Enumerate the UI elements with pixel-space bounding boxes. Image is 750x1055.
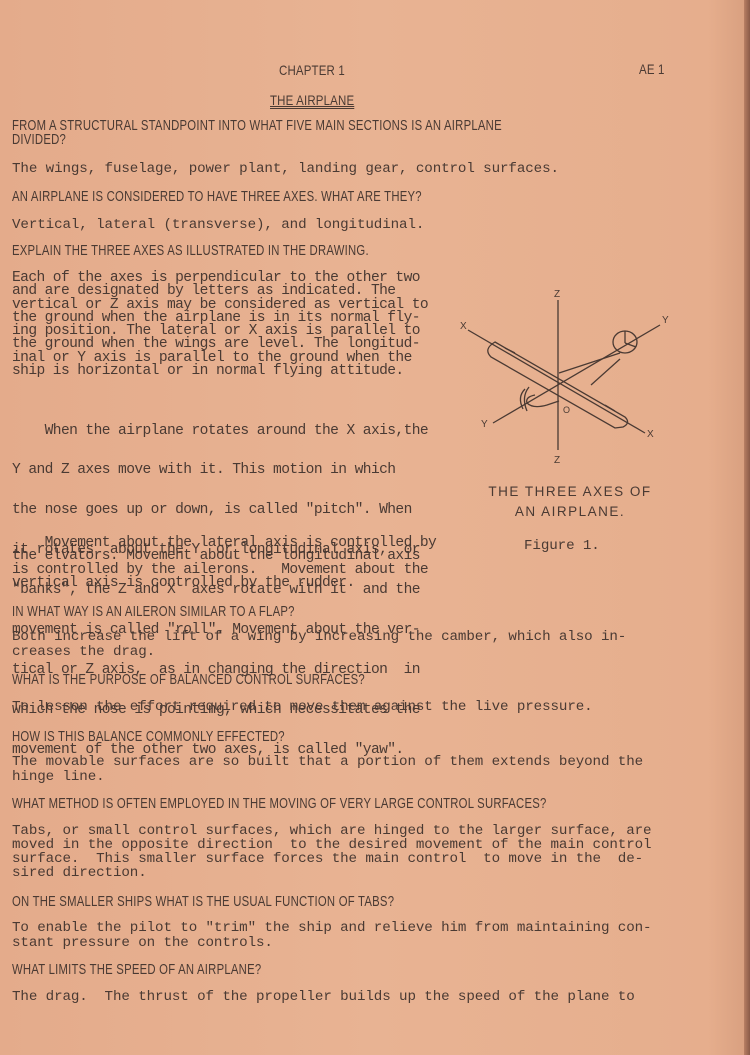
answer-8: To enable the pilot to "trim" the ship a…	[12, 921, 651, 951]
text-line: Tabs, or small control surfaces, which a…	[12, 824, 651, 838]
answer-7: Tabs, or small control surfaces, which a…	[12, 824, 651, 880]
question-6: HOW IS THIS BALANCE COMMONLY EFFECTED?	[12, 729, 285, 745]
three-axes-diagram: Z Z X X Y Y O	[455, 285, 695, 465]
caption-line: AN AIRPLANE.	[470, 502, 670, 522]
text-line: the nose goes up or down, is called "pit…	[12, 504, 428, 517]
text-line: To enable the pilot to "trim" the ship a…	[12, 921, 651, 936]
answer-6: The movable surfaces are so built that a…	[12, 755, 643, 785]
text-line: moved in the opposite direction to the d…	[12, 838, 651, 852]
answer-4: Both increase the lift of a wing by incr…	[12, 630, 626, 660]
text-line: surface. This smaller surface forces the…	[12, 852, 651, 866]
answer-1: The wings, fuselage, power plant, landin…	[12, 161, 559, 177]
text-line: Both increase the lift of a wing by incr…	[12, 630, 626, 645]
document-page: CHAPTER 1 AE 1 THE AIRPLANE FROM A STRUC…	[0, 0, 745, 1055]
axis-label-y-right: Y	[662, 315, 669, 326]
question-5: WHAT IS THE PURPOSE OF BALANCED CONTROL …	[12, 672, 365, 688]
text-line: The movable surfaces are so built that a…	[12, 755, 643, 770]
text-line: creases the drag.	[12, 645, 626, 660]
text-line: Y and Z axes move with it. This motion i…	[12, 464, 428, 477]
question-1-line-1: FROM A STRUCTURAL STANDPOINT INTO WHAT F…	[12, 118, 502, 134]
text-line: hinge line.	[12, 770, 643, 785]
text-line: When the airplane rotates around the X a…	[12, 425, 428, 438]
page-title: THE AIRPLANE	[270, 92, 354, 108]
text-line: vertical axis is controlled by the rudde…	[12, 577, 436, 590]
question-3: EXPLAIN THE THREE AXES AS ILLUSTRATED IN…	[12, 243, 369, 259]
text-line: ship is horizontal or in normal flying a…	[12, 365, 428, 378]
answer-2: Vertical, lateral (transverse), and long…	[12, 217, 424, 233]
figure-caption: THE THREE AXES OF AN AIRPLANE.	[470, 482, 670, 522]
text-line: stant pressure on the controls.	[12, 936, 651, 951]
page-edge	[744, 0, 750, 1055]
axis-label-z-top: Z	[554, 289, 560, 300]
figure-label: Figure 1.	[524, 538, 600, 554]
question-7: WHAT METHOD IS OFTEN EMPLOYED IN THE MOV…	[12, 796, 547, 812]
page-code: AE 1	[639, 61, 665, 77]
caption-line: THE THREE AXES OF	[470, 482, 670, 502]
answer-9: The drag. The thrust of the propeller bu…	[12, 989, 635, 1005]
question-1-line-2: DIVIDED?	[12, 132, 66, 148]
question-2: AN AIRPLANE IS CONSIDERED TO HAVE THREE …	[12, 189, 422, 205]
answer-5: To lesson the effort required to move th…	[12, 699, 593, 715]
axis-label-x-left: X	[460, 321, 467, 332]
question-8: ON THE SMALLER SHIPS WHAT IS THE USUAL F…	[12, 894, 394, 910]
answer-3-paragraph-3: Movement about the lateral axis is contr…	[12, 537, 436, 590]
question-9: WHAT LIMITS THE SPEED OF AN AIRPLANE?	[12, 962, 261, 978]
question-4: IN WHAT WAY IS AN AILERON SIMILAR TO A F…	[12, 604, 295, 620]
axis-label-z-bottom: Z	[554, 455, 560, 465]
chapter-heading: CHAPTER 1	[279, 62, 345, 78]
axis-label-x-right: X	[647, 429, 654, 440]
axis-label-origin: O	[563, 405, 570, 415]
text-line: sired direction.	[12, 866, 651, 880]
axis-label-y-left: Y	[481, 419, 488, 430]
answer-3-paragraph-1: Each of the axes is perpendicular to the…	[12, 272, 428, 378]
